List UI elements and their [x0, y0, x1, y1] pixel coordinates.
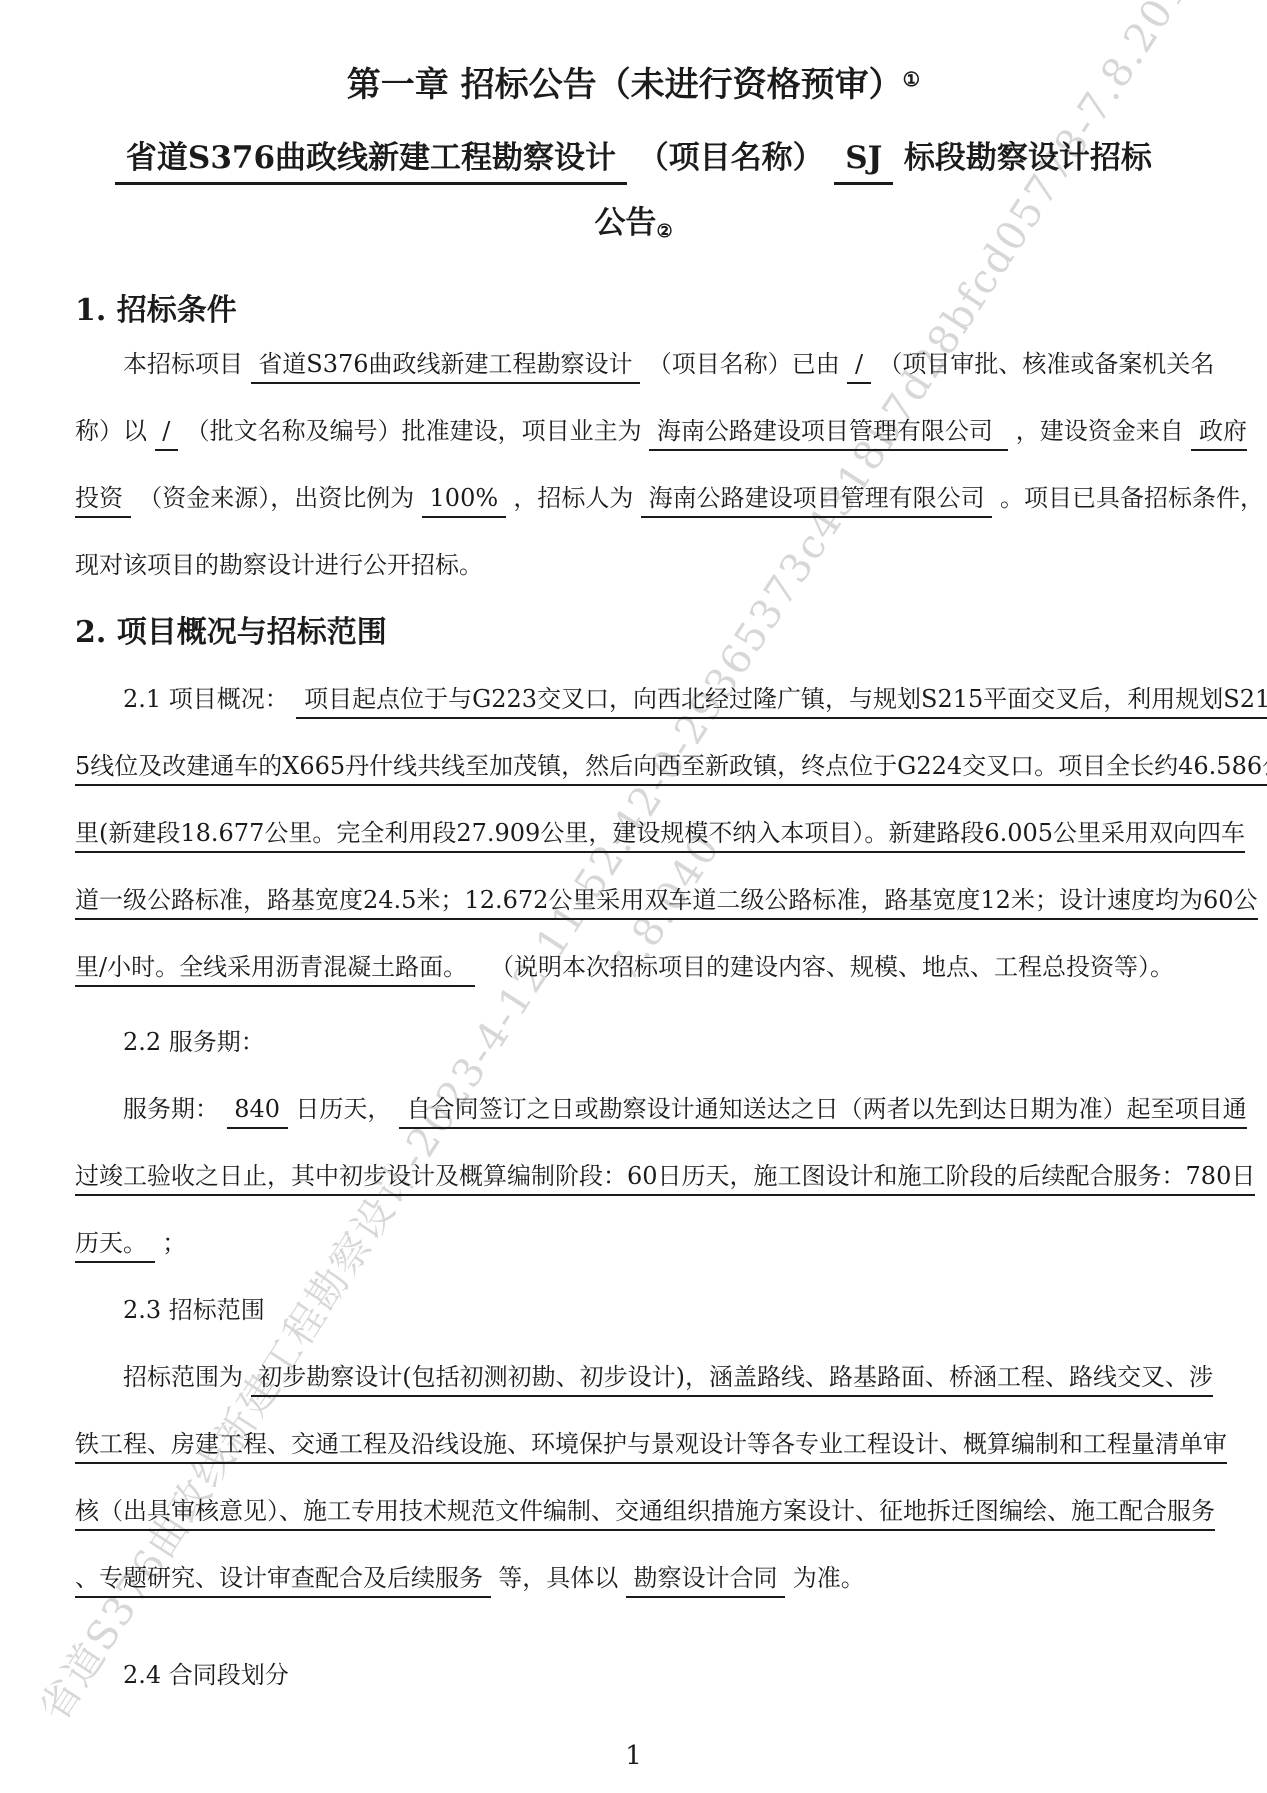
text-segment: ；: [155, 1229, 187, 1257]
underlined-text-segment: 项目起点位于与G223交叉口，向西北经过隆广镇，与规划S215平面交叉后，利用规…: [296, 685, 1267, 719]
section-2-heading: 2. 项目概况与招标范围: [75, 599, 1192, 666]
chapter-title: 第一章 招标公告（未进行资格预审）①: [75, 56, 1192, 108]
text-segment: 日历天，: [288, 1095, 399, 1123]
underlined-text-segment: 海南公路建设项目管理有限公司: [641, 484, 992, 518]
text-segment: ，招标人为: [506, 484, 641, 512]
paragraph-line: 里(新建段18.677公里。完全利用段27.909公里，建设规模不纳入本项目）。…: [75, 800, 1192, 867]
text-segment: （项目审批、核准或备案机关名: [871, 350, 1215, 378]
paragraph-line: 、专题研究、设计审查配合及后续服务 等，具体以 勘察设计合同 为准。: [75, 1545, 1192, 1612]
text-segment: 等，具体以: [491, 1564, 626, 1592]
underlined-text-segment: SJ: [834, 140, 893, 185]
underlined-text-segment: 铁工程、房建工程、交通工程及沿线设施、环境保护与景观设计等各专业工程设计、概算编…: [75, 1430, 1227, 1464]
underlined-text-segment: 勘察设计合同: [626, 1564, 785, 1598]
text-segment: ②: [656, 221, 672, 242]
text-segment: （说明本次招标项目的建设内容、规模、地点、工程总投资等）。: [475, 953, 1174, 981]
paragraph-line: 核（出具审核意见）、施工专用技术规范文件编制、交通组织措施方案设计、征地拆迁图编…: [75, 1478, 1192, 1545]
text-segment: 服务期：: [123, 1095, 227, 1123]
document-page: 省道S376曲政线新建工程勘察设计-2023-4-12 11:52:42-0-2…: [0, 0, 1267, 1793]
text-segment: 为准。: [785, 1564, 865, 1592]
text-segment: 现对该项目的勘察设计进行公开招标。: [75, 551, 483, 579]
underlined-text-segment: 道一级公路标准，路基宽度24.5米；12.672公里采用双车道二级公路标准，路基…: [75, 886, 1258, 920]
paragraph-line: 现对该项目的勘察设计进行公开招标。: [75, 532, 1192, 599]
paragraph-line: 里/小时。全线采用沥青混凝土路面。 （说明本次招标项目的建设内容、规模、地点、工…: [75, 934, 1192, 1001]
page-number: 1: [0, 1741, 1267, 1771]
section-2-3-heading: 2.3 招标范围: [75, 1277, 1192, 1344]
text-segment: 标段勘察设计招标: [893, 140, 1152, 176]
text-segment: 2.1 项目概况：: [123, 685, 296, 713]
text-segment: ①: [903, 67, 921, 91]
underlined-text-segment: /: [155, 417, 178, 451]
paragraph-line: 过竣工验收之日止，其中初步设计及概算编制阶段：60日历天，施工图设计和施工阶段的…: [75, 1143, 1192, 1210]
text-segment: ，建设资金来自: [1008, 417, 1191, 445]
text-segment: 称）以: [75, 417, 155, 445]
paragraph-line: 称）以 / （批文名称及编号）批准建设，项目业主为 海南公路建设项目管理有限公司…: [75, 398, 1192, 465]
text-segment: （项目名称）已由: [640, 350, 847, 378]
paragraph-line: 本招标项目 省道S376曲政线新建工程勘察设计 （项目名称）已由 / （项目审批…: [75, 331, 1192, 398]
text-segment: 第一章 招标公告（未进行资格预审）: [347, 65, 903, 105]
text-segment: （批文名称及编号）批准建设，项目业主为: [178, 417, 649, 445]
underlined-text-segment: 自合同签订之日或勘察设计通知送达之日（两者以先到达日期为准）起至项目通: [399, 1095, 1247, 1129]
paragraph-line: 道一级公路标准，路基宽度24.5米；12.672公里采用双车道二级公路标准，路基…: [75, 867, 1192, 934]
text-segment: 公告: [594, 205, 656, 241]
announcement-title: 省道S376曲政线新建工程勘察设计 （项目名称） SJ 标段勘察设计招标: [75, 134, 1192, 182]
section-1-heading: 1. 招标条件: [75, 291, 1192, 331]
underlined-text-segment: 里(新建段18.677公里。完全利用段27.909公里，建设规模不纳入本项目）。…: [75, 819, 1245, 853]
underlined-text-segment: 初步勘察设计(包括初测初勘、初步设计)，涵盖路线、路基路面、桥涵工程、路线交叉、…: [251, 1363, 1213, 1397]
text-segment: 1. 招标条件: [75, 293, 237, 328]
paragraph-line: 5线位及改建通车的X665丹什线共线至加茂镇，然后向西至新政镇，终点位于G224…: [75, 733, 1192, 800]
text-segment: （资金来源），出资比例为: [131, 484, 422, 512]
underlined-text-segment: 投资: [75, 484, 131, 518]
text-segment: 2. 项目概况与招标范围: [75, 615, 387, 650]
text-segment: 2.2 服务期：: [123, 1028, 265, 1056]
paragraph-line: 服务期： 840 日历天， 自合同签订之日或勘察设计通知送达之日（两者以先到达日…: [75, 1076, 1192, 1143]
underlined-text-segment: /: [847, 350, 870, 384]
underlined-text-segment: 省道S376曲政线新建工程勘察设计: [115, 140, 627, 185]
underlined-text-segment: 政府: [1191, 417, 1247, 451]
underlined-text-segment: 、专题研究、设计审查配合及后续服务: [75, 1564, 491, 1598]
document-content: 第一章 招标公告（未进行资格预审）① 省道S376曲政线新建工程勘察设计 （项目…: [0, 0, 1267, 1793]
underlined-text-segment: 840: [227, 1095, 288, 1129]
text-segment: （项目名称）: [627, 140, 835, 176]
underlined-text-segment: 省道S376曲政线新建工程勘察设计: [251, 350, 641, 384]
paragraph-line: 2.1 项目概况： 项目起点位于与G223交叉口，向西北经过隆广镇，与规划S21…: [75, 666, 1192, 733]
text-segment: 招标范围为: [123, 1363, 251, 1391]
underlined-text-segment: 100%: [422, 484, 506, 518]
underlined-text-segment: 里/小时。全线采用沥青混凝土路面。: [75, 953, 475, 987]
paragraph-line: 投资 （资金来源），出资比例为 100% ，招标人为 海南公路建设项目管理有限公…: [75, 465, 1192, 532]
underlined-text-segment: 核（出具审核意见）、施工专用技术规范文件编制、交通组织措施方案设计、征地拆迁图编…: [75, 1497, 1215, 1531]
paragraph-line: 招标范围为 初步勘察设计(包括初测初勘、初步设计)，涵盖路线、路基路面、桥涵工程…: [75, 1344, 1192, 1411]
underlined-text-segment: 过竣工验收之日止，其中初步设计及概算编制阶段：60日历天，施工图设计和施工阶段的…: [75, 1162, 1255, 1196]
text-segment: 2.4 合同段划分: [123, 1661, 289, 1689]
text-segment: 2.3 招标范围: [123, 1296, 265, 1324]
underlined-text-segment: 历天。: [75, 1229, 155, 1263]
paragraph-line: 铁工程、房建工程、交通工程及沿线设施、环境保护与景观设计等各专业工程设计、概算编…: [75, 1411, 1192, 1478]
announcement-title-line2: 公告②: [75, 200, 1192, 255]
underlined-text-segment: 海南公路建设项目管理有限公司: [649, 417, 1008, 451]
text-segment: 。项目已具备招标条件，: [992, 484, 1264, 512]
section-2-4-heading: 2.4 合同段划分: [75, 1642, 1192, 1709]
section-2-2-heading: 2.2 服务期：: [75, 1009, 1192, 1076]
text-segment: 本招标项目: [123, 350, 251, 378]
paragraph-line: 历天。 ；: [75, 1210, 1192, 1277]
underlined-text-segment: 5线位及改建通车的X665丹什线共线至加茂镇，然后向西至新政镇，终点位于G224…: [75, 752, 1267, 786]
